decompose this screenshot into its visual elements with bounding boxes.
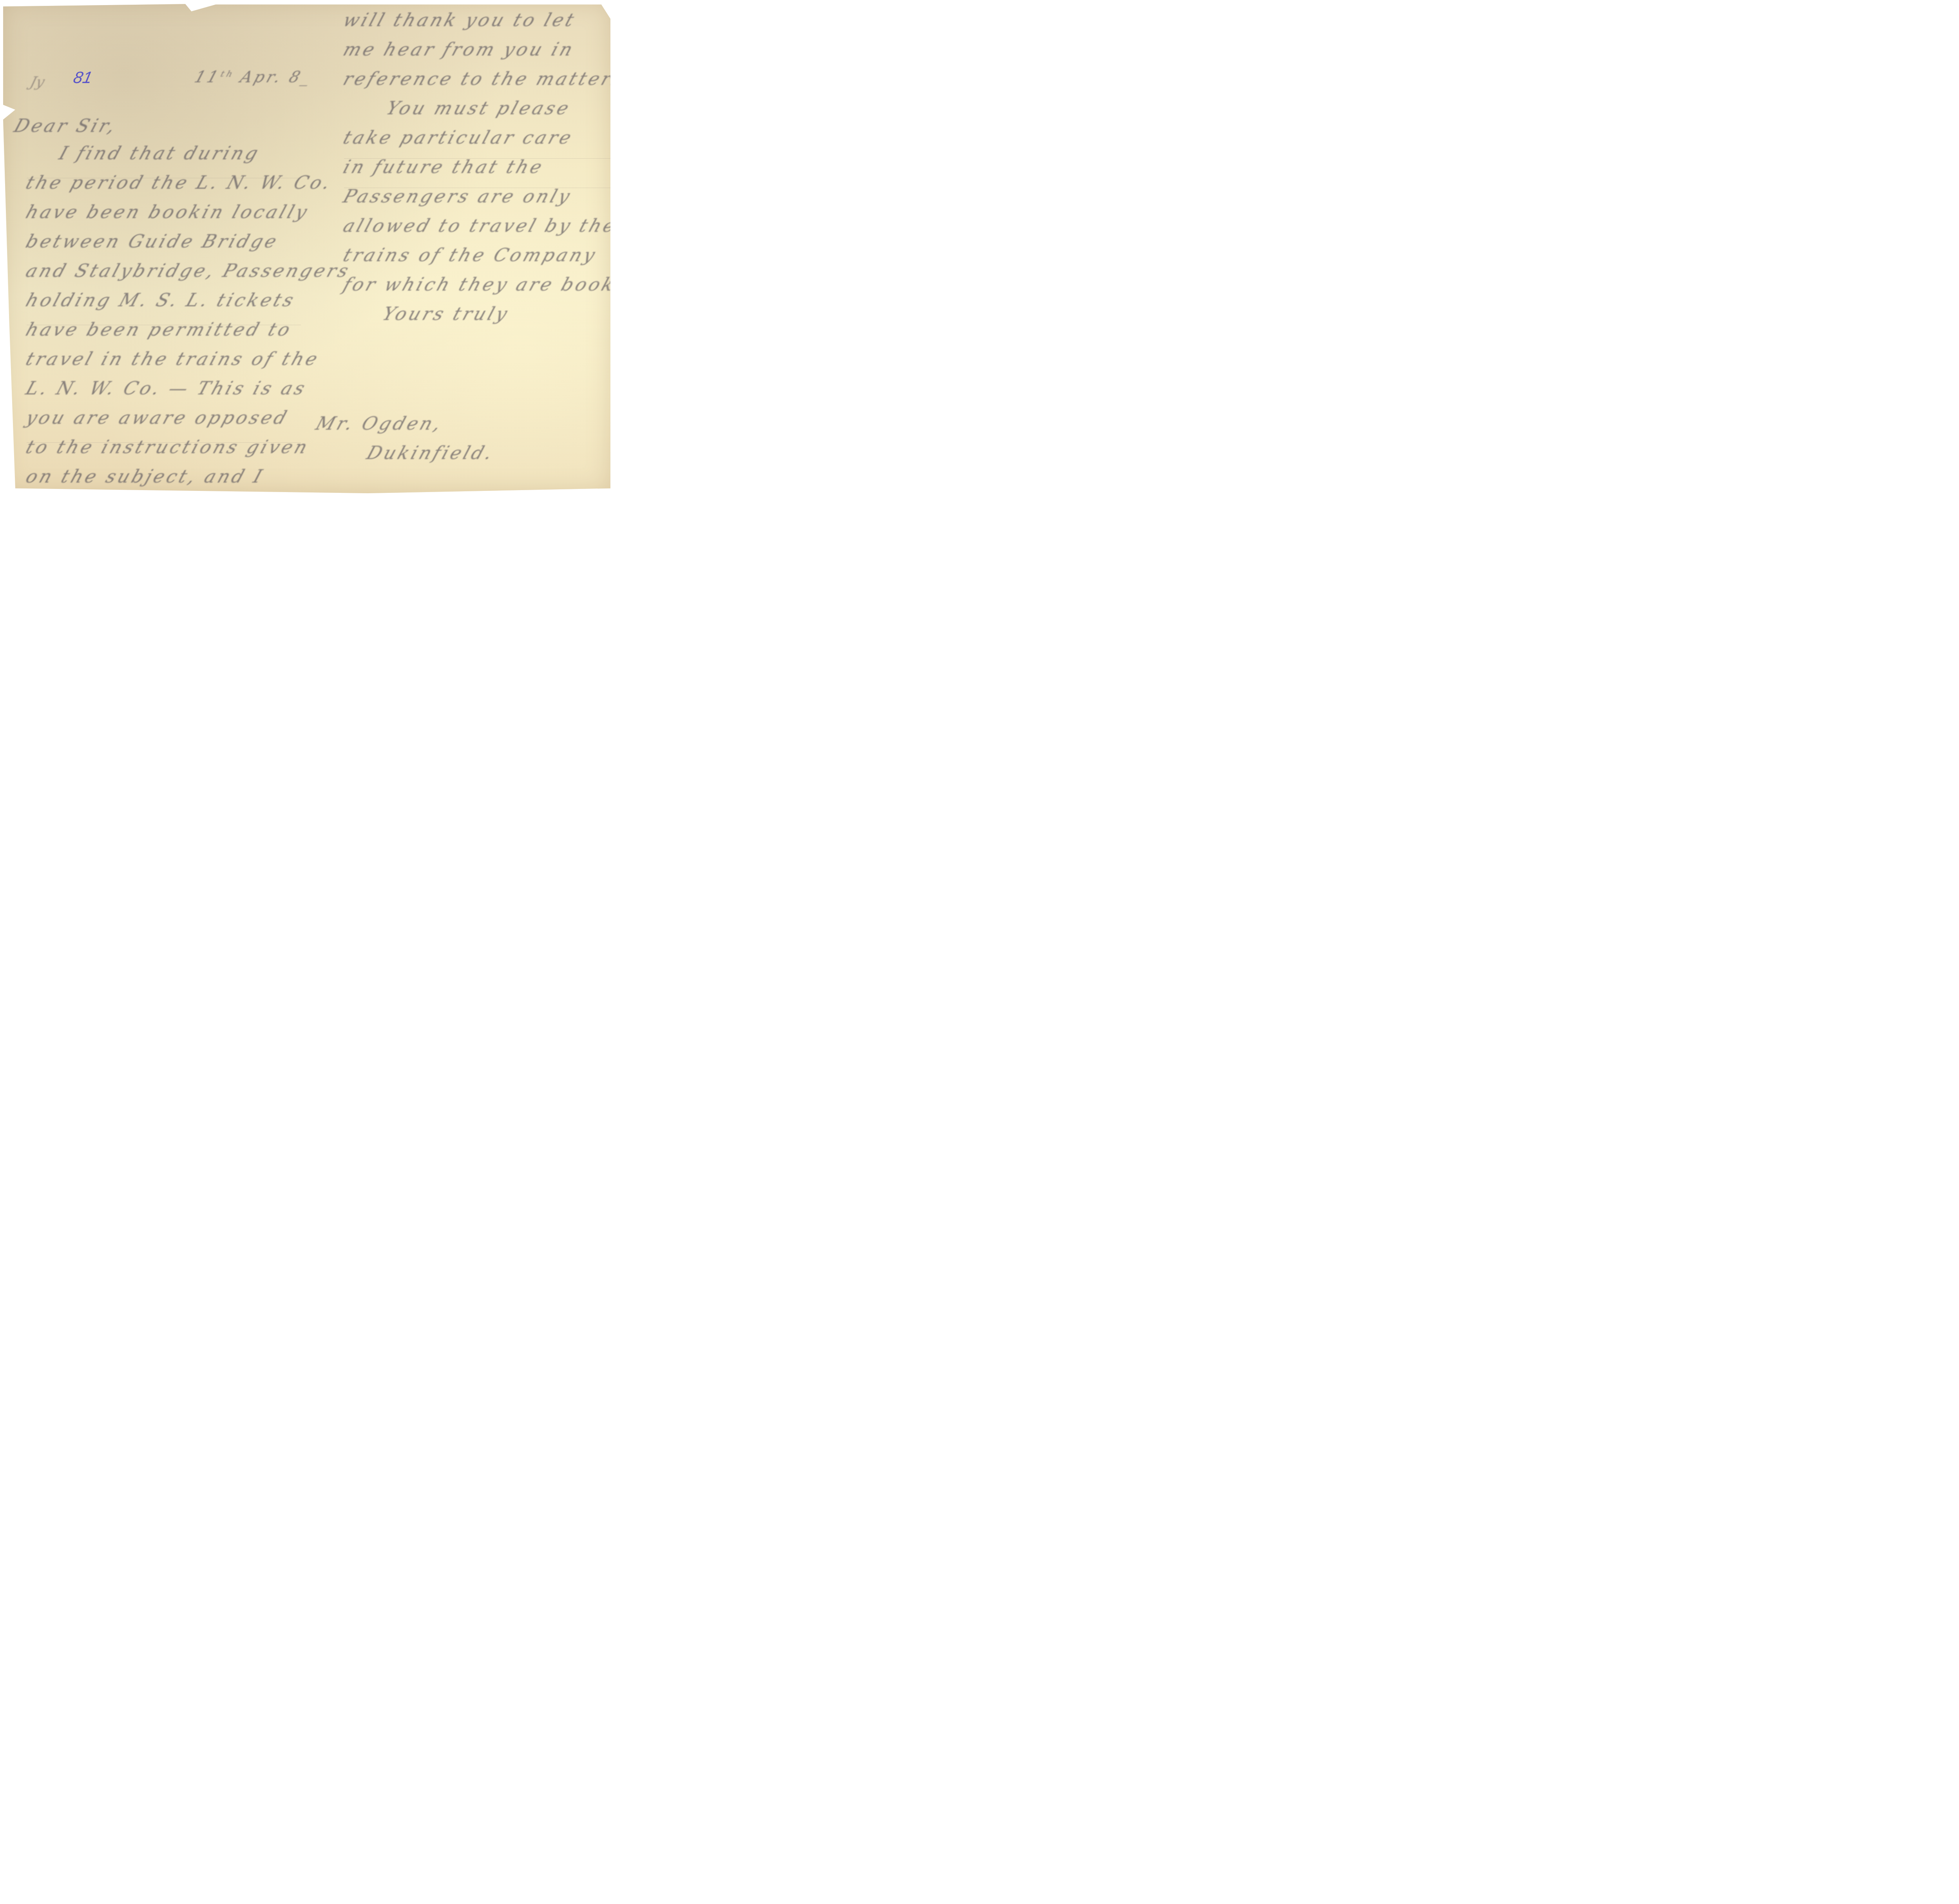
date-month-year: Apr. 8_: [238, 68, 315, 86]
body-line: and Stalybridge, Passengers: [23, 260, 353, 281]
body-line: on the subject, and I: [23, 466, 267, 487]
body-line: will thank you to let: [340, 9, 579, 31]
body-line: travel in the trains of the: [23, 348, 322, 369]
body-line: Passengers are only: [340, 186, 575, 207]
letter-date: 11th Apr. 8_: [192, 68, 315, 86]
addressee-place: Dukinfield.: [364, 442, 497, 463]
closing: Yours truly: [380, 303, 512, 324]
addressee-name: Mr. Ogden,: [313, 413, 446, 434]
right-column-text: will thank you to let me hear from you i…: [344, 7, 610, 313]
body-line: take particular care: [340, 127, 576, 148]
body-line: between Guide Bridge: [23, 231, 282, 252]
body-line: allowed to travel by the: [340, 215, 614, 236]
body-line: in future that the: [340, 156, 547, 177]
body-line: to the instructions given: [23, 436, 312, 458]
body-line: have been bookin locally: [23, 201, 312, 223]
pencil-folio-mark: Jy: [29, 74, 47, 90]
letter-sheet: Jy 81 11th Apr. 8_ Dear Sir, I find that…: [3, 2, 610, 493]
left-column-text: I find that during the period the L. N. …: [27, 119, 309, 472]
body-line: I find that during: [56, 143, 263, 164]
blue-folio-number: 81: [72, 68, 94, 87]
body-line: you are aware opposed: [23, 407, 291, 428]
body-line: have been permitted to: [23, 319, 295, 340]
body-line: L. N. W. Co. — This is as: [23, 378, 310, 399]
body-line: for which they are booked.: [340, 274, 614, 295]
body-line: You must please: [384, 98, 574, 119]
body-line: the period the L. N. W. Co.: [23, 172, 335, 193]
body-line: holding M. S. L. tickets: [23, 290, 299, 311]
date-day-suffix: th: [219, 69, 236, 79]
body-line: reference to the matter.: [340, 68, 614, 89]
date-day: 11: [192, 68, 223, 86]
body-line: me hear from you in: [340, 39, 578, 60]
body-line: trains of the Company: [340, 244, 600, 266]
